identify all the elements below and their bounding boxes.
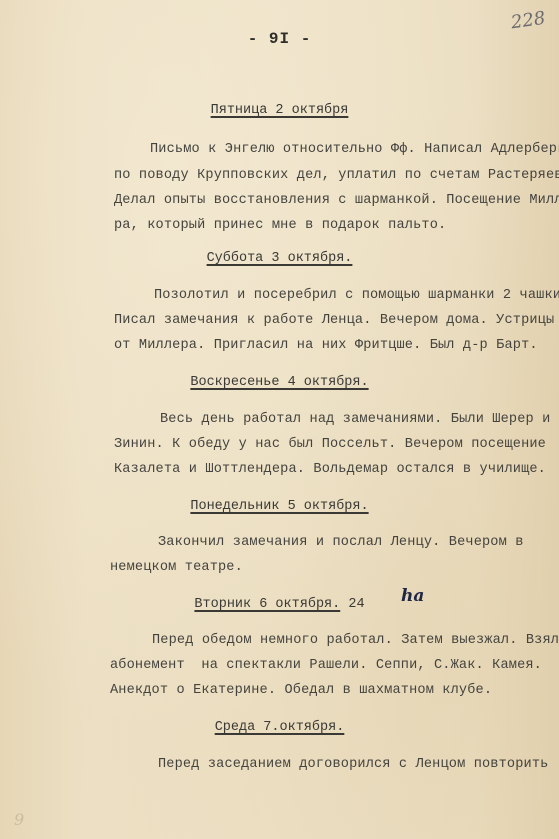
entry-heading-monday: Понедельник 5 октября.: [0, 499, 559, 514]
entry-line: Позолотил и посеребрил с помощью шарманк…: [154, 288, 559, 303]
entry-line: Казалета и Шоттлендера. Вольдемар осталс…: [114, 462, 546, 477]
entry-line: Писал замечания к работе Ленца. Вечером …: [114, 313, 554, 328]
page-number: - 9I -: [0, 30, 559, 48]
entry-line: Перед обедом немного работал. Затем выез…: [152, 633, 559, 648]
entry-heading-friday: Пятница 2 октября: [0, 103, 559, 118]
entry-line: по поводу Крупповских дел, уплатил по сч…: [114, 168, 559, 183]
entry-line: Закончил замечания и послал Ленцу. Вечер…: [158, 535, 524, 550]
entry-line: Делал опыты восстановления с шарманкой. …: [114, 193, 559, 208]
entry-line: от Миллера. Пригласил на них Фритцше. Бы…: [114, 338, 538, 353]
entry-line: ра, который принес мне в подарок пальто.: [114, 218, 446, 233]
entry-heading-wednesday: Среда 7.октября.: [0, 720, 559, 735]
typewritten-diary-page: - 9I - 228 Пятница 2 октября Письмо к Эн…: [0, 0, 559, 839]
entry-line: Письмо к Энгелю относительно Фф. Написал…: [150, 142, 559, 157]
handwritten-annotation: ha: [401, 586, 424, 606]
entry-line: Весь день работал над замечаниями. Были …: [160, 412, 550, 427]
entry-line: Зинин. К обеду у нас был Поссельт. Вечер…: [114, 437, 546, 452]
entry-heading-tuesday: Вторник 6 октября. 24: [0, 597, 559, 612]
entry-line: Анекдот о Екатерине. Обедал в шахматном …: [110, 683, 492, 698]
entry-line: Перед заседанием договорился с Ленцом по…: [158, 757, 548, 772]
pencil-margin-mark: 9: [14, 810, 24, 829]
entry-heading-sunday: Воскресенье 4 октября.: [0, 375, 559, 390]
entry-line: абонемент на спектакли Рашели. Сеппи, С.…: [110, 658, 542, 673]
entry-line: немецком театре.: [110, 560, 243, 575]
entry-heading-saturday: Суббота 3 октября.: [0, 251, 559, 266]
